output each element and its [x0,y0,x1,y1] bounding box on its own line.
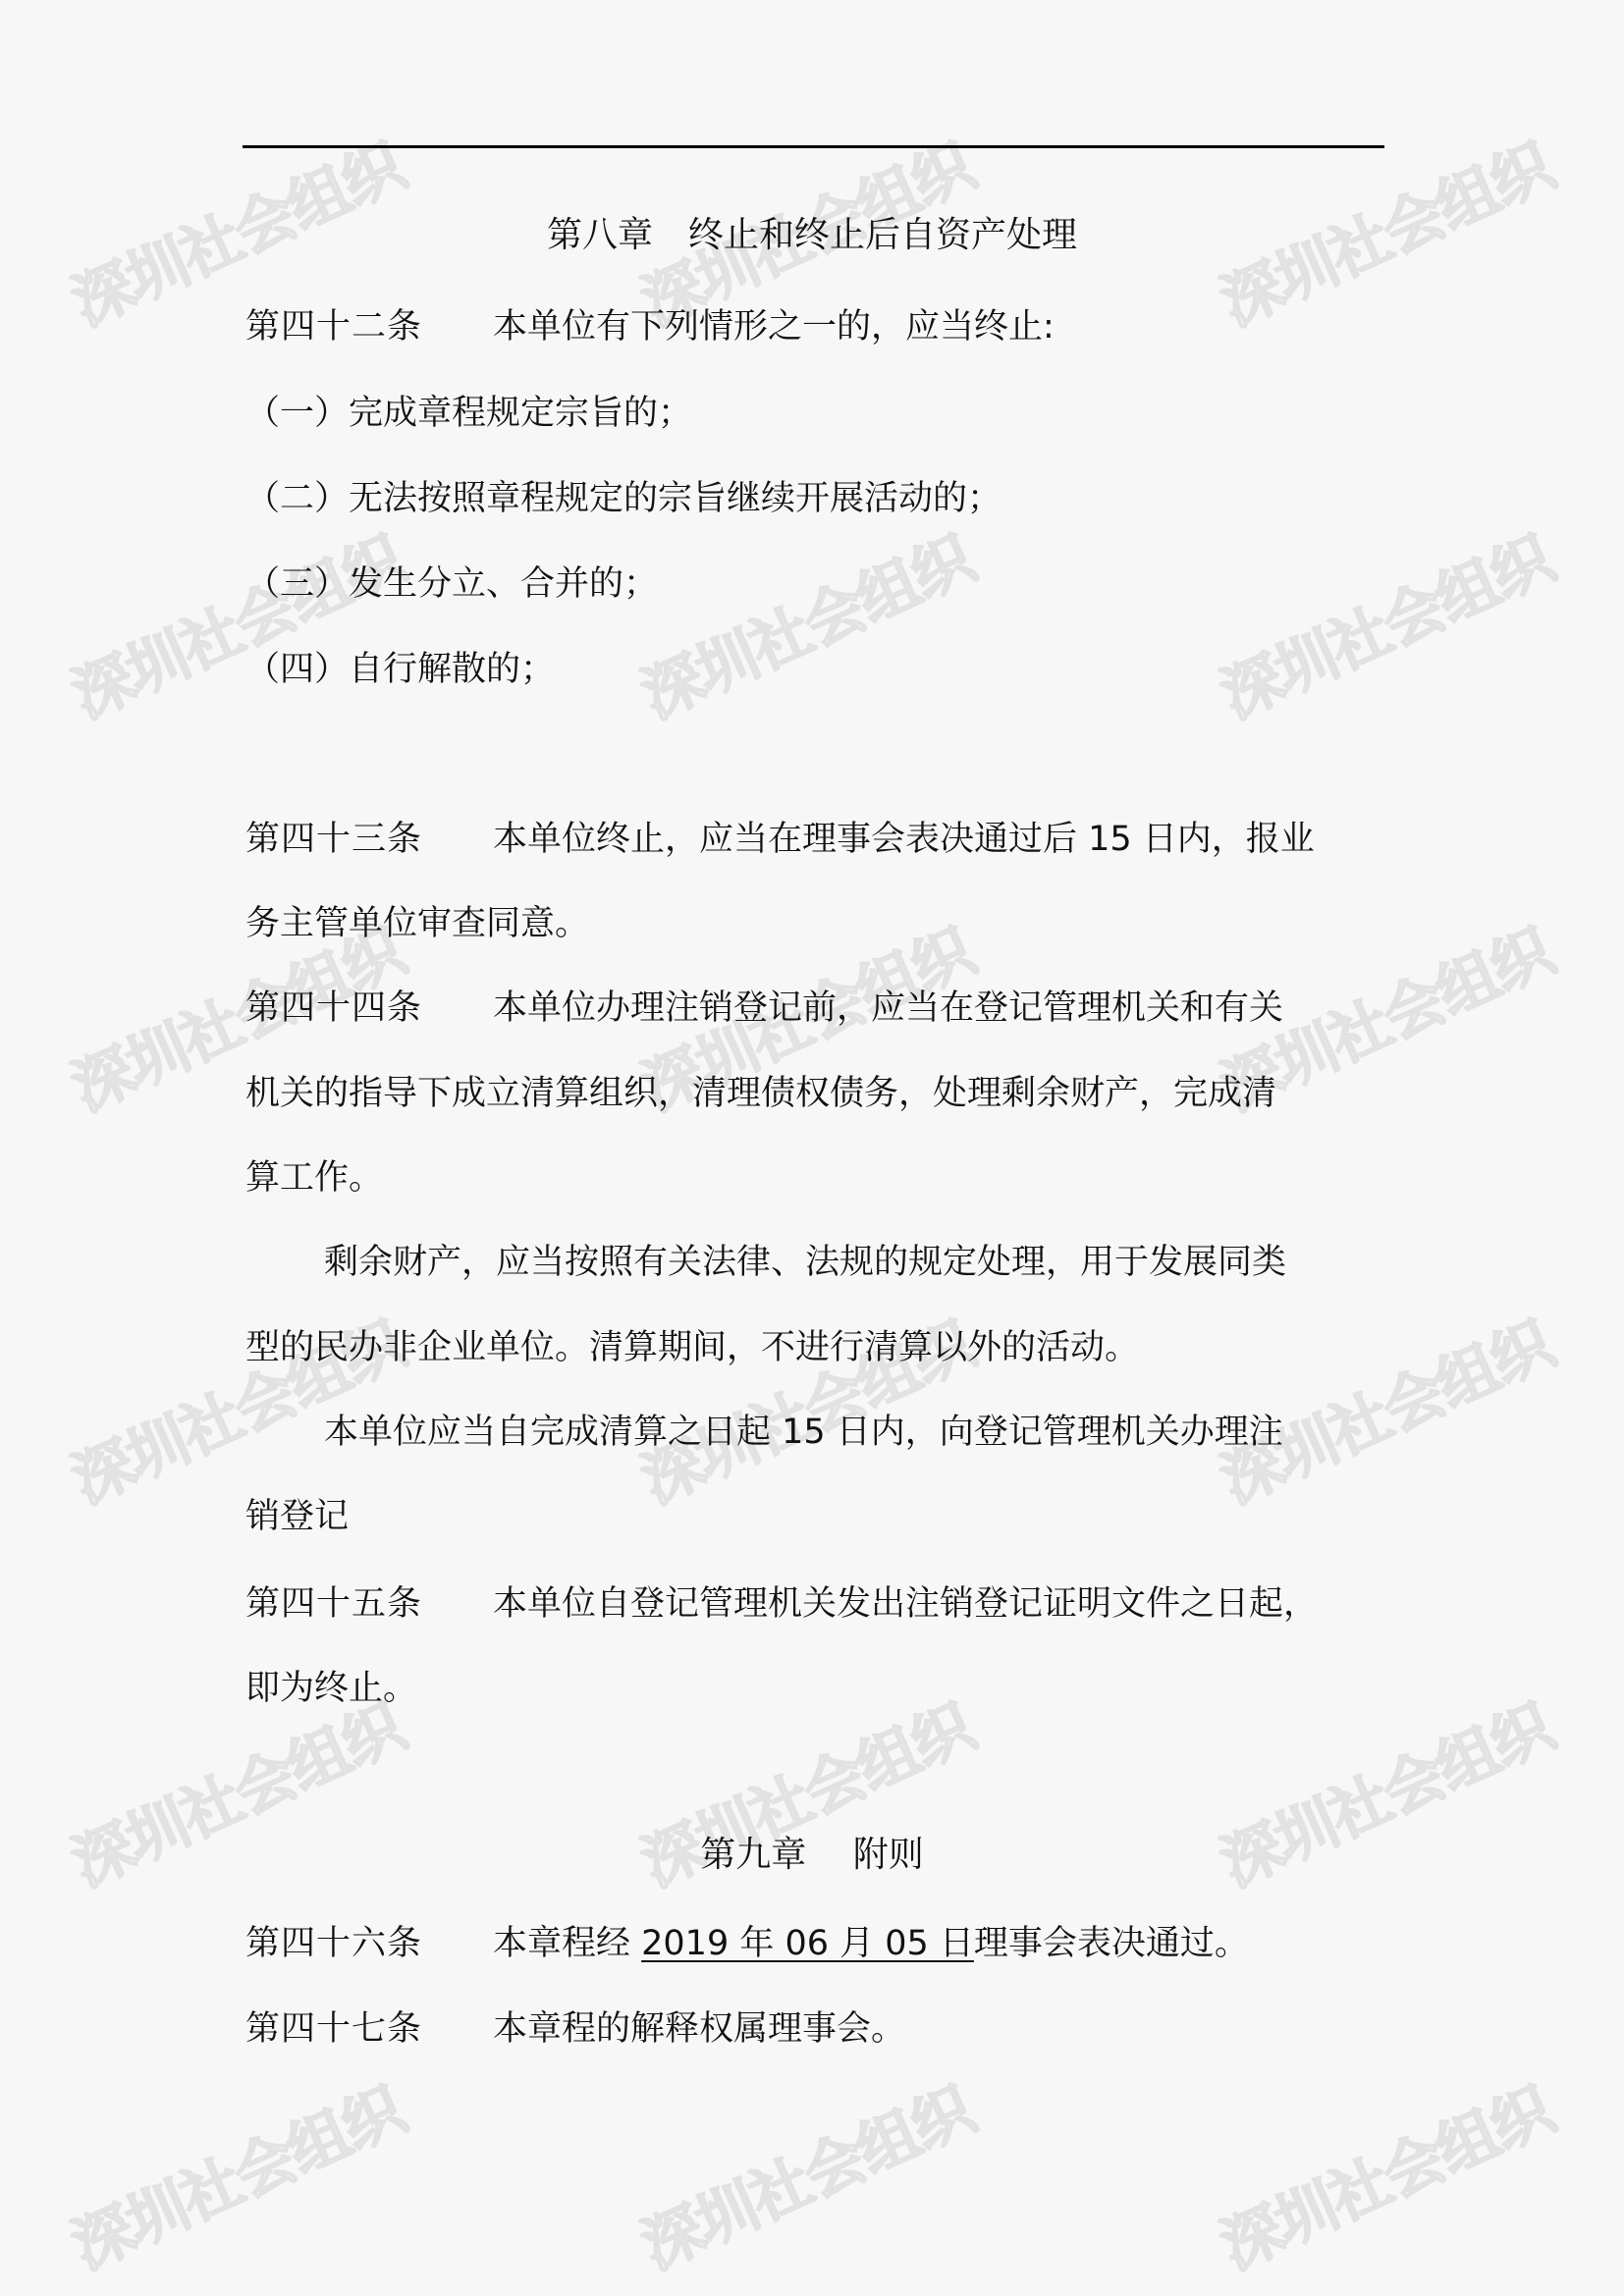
article-47: 第四十七条本章程的解释权属理事会。 [245,2007,905,2051]
article-44-text-line-2: 机关的指导下成立清算组织，清理债权债务，处理剩余财产，完成清 [245,1072,1276,1115]
header-rule [243,145,1384,148]
article-43: 第四十三条本单位终止，应当在理事会表决通过后 15 日内，报业 [245,818,1315,861]
article-43-label: 第四十三条 [245,818,493,861]
article-45-label: 第四十五条 [245,1582,493,1626]
article-44-label: 第四十四条 [245,987,493,1030]
chapter-8-title: 第八章 终止和终止后自资产处理 [0,214,1624,257]
article-43-text-line-2: 务主管单位审查同意。 [245,902,589,945]
article-42-item-3: （三）发生分立、合并的； [245,562,658,606]
article-44-text-line-1: 本单位办理注销登记前，应当在登记管理机关和有关 [493,988,1283,1028]
article-46-label: 第四十六条 [245,1922,493,1965]
article-47-label: 第四十七条 [245,2007,493,2051]
article-42: 第四十二条本单位有下列情形之一的，应当终止: [245,305,1055,348]
article-44-para-3-line-2: 销登记 [245,1495,349,1538]
article-44-para-3-line-1: 本单位应当自完成清算之日起 15 日内，向登记管理机关办理注 [245,1411,1283,1454]
article-44-text-line-3: 算工作。 [245,1156,383,1200]
article-46-prefix: 本章程经 [493,1924,641,1963]
article-44-para-2-line-2: 型的民办非企业单位。清算期间，不进行清算以外的活动。 [245,1326,1139,1369]
article-42-item-1: （一）完成章程规定宗旨的； [245,392,692,435]
article-45-text-line-1: 本单位自登记管理机关发出注销登记证明文件之日起， [493,1584,1318,1624]
article-42-text: 本单位有下列情形之一的，应当终止: [493,307,1055,347]
article-46: 第四十六条本章程经 2019 年 06 月 05 日理事会表决通过。 [245,1922,1249,1965]
article-44: 第四十四条本单位办理注销登记前，应当在登记管理机关和有关 [245,987,1283,1030]
article-42-item-2: （二）无法按照章程规定的宗旨继续开展活动的； [245,477,1001,520]
article-46-suffix: 理事会表决通过。 [974,1924,1249,1963]
article-44-para-2-line-1: 剩余财产，应当按照有关法律、法规的规定处理，用于发展同类 [245,1241,1286,1284]
article-42-label: 第四十二条 [245,305,493,348]
chapter-9-title: 第九章 附则 [0,1834,1624,1877]
article-43-text-line-1: 本单位终止，应当在理事会表决通过后 15 日内，报业 [493,820,1315,859]
article-45-text-line-2: 即为终止。 [245,1667,417,1710]
article-45: 第四十五条本单位自登记管理机关发出注销登记证明文件之日起， [245,1582,1318,1626]
article-42-item-4: （四）自行解散的； [245,648,555,691]
article-46-date: 2019 年 06 月 05 日 [641,1924,974,1963]
document-page: 第八章 终止和终止后自资产处理 第四十二条本单位有下列情形之一的，应当终止: （… [0,0,1624,2296]
article-47-text: 本章程的解释权属理事会。 [493,2009,905,2049]
